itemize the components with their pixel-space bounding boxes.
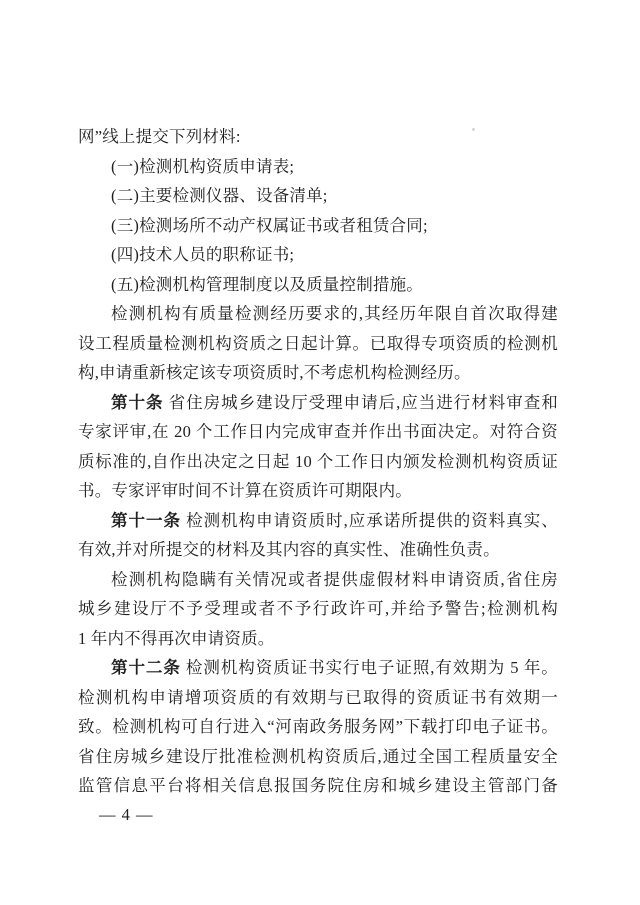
article-number: 第十二条 <box>111 658 181 677</box>
document-body: 网”线上提交下列材料:(一)检测机构资质申请表;(二)主要检测仪器、设备清单;(… <box>78 122 558 801</box>
text-segment: 检测机构资质证书实行电子证照,有效期为 5 年。 <box>181 658 558 677</box>
text-segment: 监管信息平台将相关信息报国务院住房和城乡建设主管部门备 <box>78 776 558 795</box>
page-number: — 4 — <box>99 804 154 826</box>
text-segment: 致。检测机构可自行进入“河南政务服务网”下载打印电子证书。 <box>78 717 558 736</box>
text-segment: 书。专家评审时间不计算在资质许可期限内。 <box>78 481 412 500</box>
text-line: 网”线上提交下列材料: <box>78 122 558 152</box>
text-line: 监管信息平台将相关信息报国务院住房和城乡建设主管部门备 <box>78 771 558 801</box>
text-line: 有效,并对所提交的材料及其内容的真实性、准确性负责。 <box>78 535 558 565</box>
text-line: 专家评审,在 20 个工作日内完成审查并作出书面决定。对符合资 <box>78 417 558 447</box>
text-line: 检测机构申请增项资质的有效期与已取得的资质证书有效期一 <box>78 683 558 713</box>
text-line: 1 年内不得再次申请资质。 <box>78 624 558 654</box>
text-segment: (四)技术人员的职称证书; <box>111 245 294 264</box>
text-line: 构,申请重新核定该专项资质时,不考虑机构检测经历。 <box>78 358 558 388</box>
text-segment: 质标准的,自作出决定之日起 10 个工作日内颁发检测机构资质证 <box>78 452 558 471</box>
text-line: 第十条 省住房城乡建设厅受理申请后,应当进行材料审查和 <box>78 388 558 418</box>
text-segment: 检测机构有质量检测经历要求的,其经历年限自首次取得建 <box>111 304 558 323</box>
text-segment: (五)检测机构管理制度以及质量控制措施。 <box>111 275 423 294</box>
text-line: 检测机构有质量检测经历要求的,其经历年限自首次取得建 <box>78 299 558 329</box>
text-line: (五)检测机构管理制度以及质量控制措施。 <box>78 270 558 300</box>
text-segment: 城乡建设厅不予受理或者不予行政许可,并给予警告;检测机构 <box>78 599 558 618</box>
text-line: 第十一条 检测机构申请资质时,应承诺所提供的资料真实、 <box>78 506 558 536</box>
text-segment: (一)检测机构资质申请表; <box>111 157 294 176</box>
scan-speck <box>472 128 475 131</box>
text-segment: 省住房城乡建设厅批准检测机构资质后,通过全国工程质量安全 <box>78 747 558 766</box>
text-segment: (三)检测场所不动产权属证书或者租赁合同; <box>111 216 428 235</box>
text-segment: 省住房城乡建设厅受理申请后,应当进行材料审查和 <box>164 393 558 412</box>
article-number: 第十一条 <box>111 511 181 530</box>
text-line: 书。专家评审时间不计算在资质许可期限内。 <box>78 476 558 506</box>
text-segment: 检测机构申请资质时,应承诺所提供的资料真实、 <box>181 511 558 530</box>
text-segment: 有效,并对所提交的材料及其内容的真实性、准确性负责。 <box>78 540 500 559</box>
text-segment: 构,申请重新核定该专项资质时,不考虑机构检测经历。 <box>78 363 471 382</box>
text-segment: 专家评审,在 20 个工作日内完成审查并作出书面决定。对符合资 <box>78 422 558 441</box>
text-line: 致。检测机构可自行进入“河南政务服务网”下载打印电子证书。 <box>78 712 558 742</box>
text-line: (四)技术人员的职称证书; <box>78 240 558 270</box>
text-segment: (二)主要检测仪器、设备清单; <box>111 186 328 205</box>
text-line: 第十二条 检测机构资质证书实行电子证照,有效期为 5 年。 <box>78 653 558 683</box>
text-line: (一)检测机构资质申请表; <box>78 152 558 182</box>
article-number: 第十条 <box>111 393 164 412</box>
text-line: 省住房城乡建设厅批准检测机构资质后,通过全国工程质量安全 <box>78 742 558 772</box>
text-line: 检测机构隐瞒有关情况或者提供虚假材料申请资质,省住房 <box>78 565 558 595</box>
text-line: 质标准的,自作出决定之日起 10 个工作日内颁发检测机构资质证 <box>78 447 558 477</box>
text-segment: 检测机构隐瞒有关情况或者提供虚假材料申请资质,省住房 <box>111 570 558 589</box>
text-line: 设工程质量检测机构资质之日起计算。已取得专项资质的检测机 <box>78 329 558 359</box>
text-segment: 检测机构申请增项资质的有效期与已取得的资质证书有效期一 <box>78 688 558 707</box>
text-line: (二)主要检测仪器、设备清单; <box>78 181 558 211</box>
text-segment: 1 年内不得再次申请资质。 <box>78 629 274 648</box>
text-line: 城乡建设厅不予受理或者不予行政许可,并给予警告;检测机构 <box>78 594 558 624</box>
text-line: (三)检测场所不动产权属证书或者租赁合同; <box>78 211 558 241</box>
text-segment: 设工程质量检测机构资质之日起计算。已取得专项资质的检测机 <box>78 334 558 353</box>
text-segment: 网”线上提交下列材料: <box>78 127 241 146</box>
document-page: 网”线上提交下列材料:(一)检测机构资质申请表;(二)主要检测仪器、设备清单;(… <box>0 0 640 905</box>
